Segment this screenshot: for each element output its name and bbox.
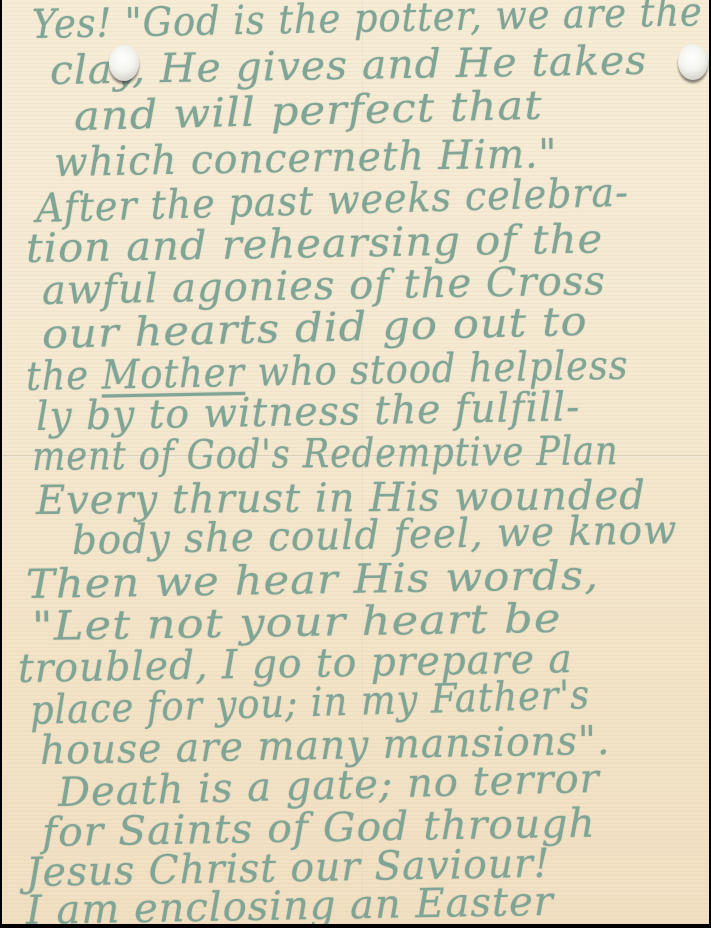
punch-hole-right [678,44,708,80]
scan-frame: Yes! "God is the potter, we are the clay… [0,0,711,928]
handwritten-line-11: ment of God's Redemptive Plan [32,428,619,480]
handwritten-line-2: clay, He gives and He takes [50,38,648,94]
punch-hole-left [109,45,139,81]
letter-page: Yes! "God is the potter, we are the clay… [2,0,709,924]
